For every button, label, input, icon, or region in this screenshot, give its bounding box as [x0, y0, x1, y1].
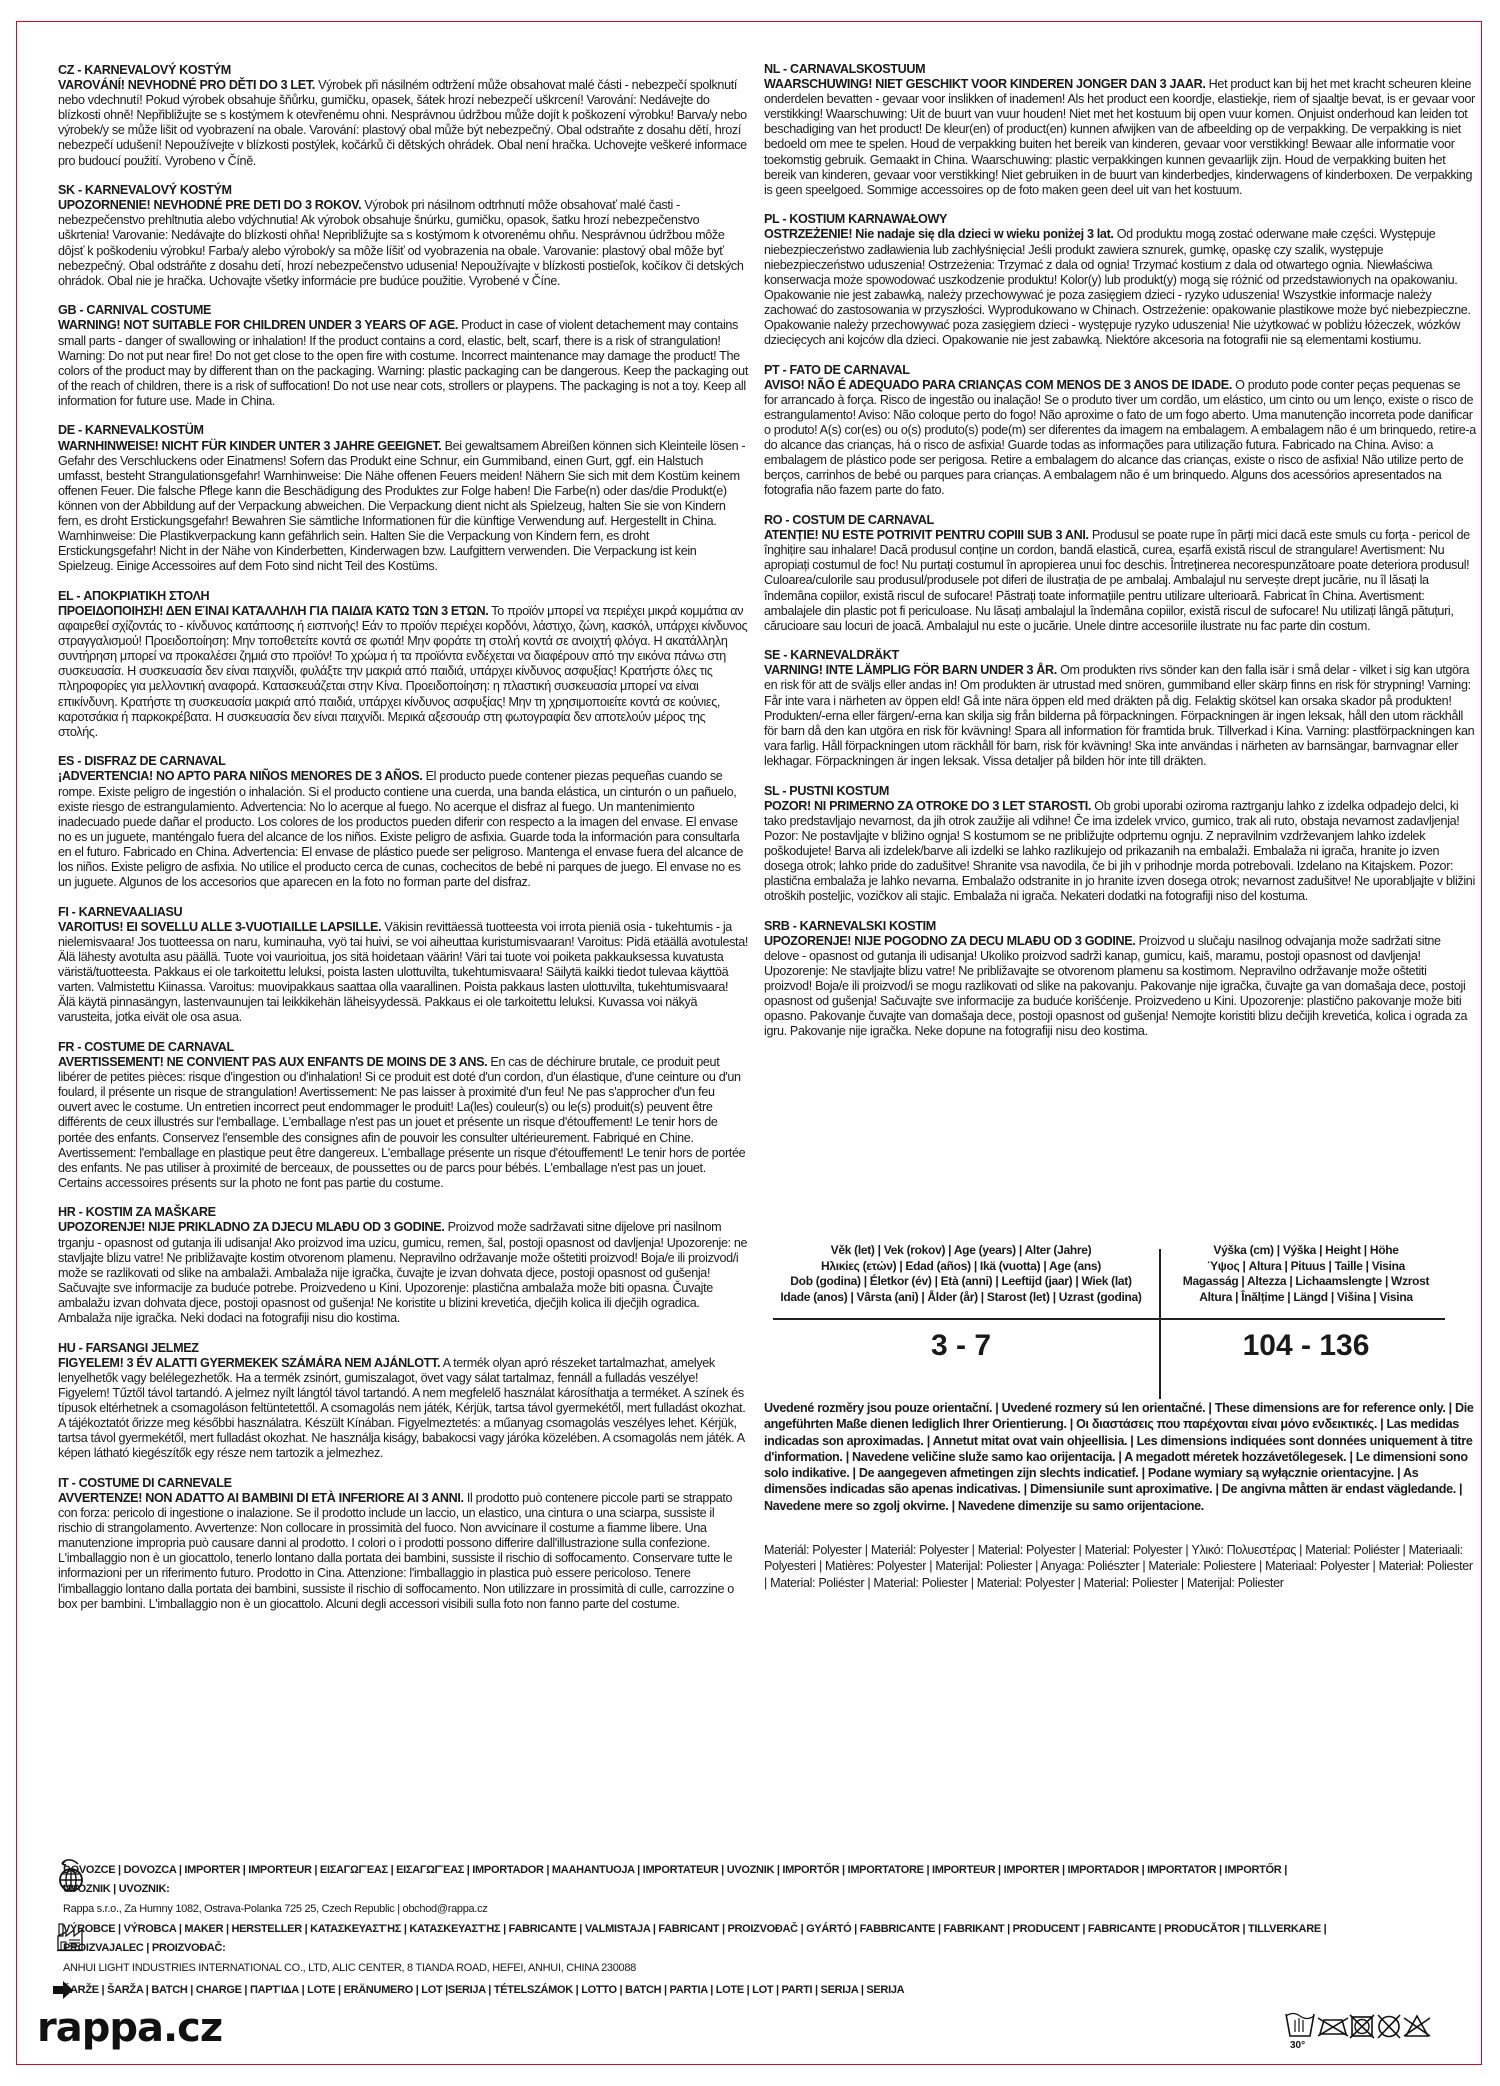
brand-logo: rappa.cz: [37, 2005, 222, 2051]
no-bleach-icon: [1404, 2016, 1430, 2036]
height-value: 104 - 136: [1161, 1329, 1451, 1363]
section-es: ES - DISFRAZ DE CARNAVAL¡ADVERTENCIA! NO…: [58, 754, 748, 890]
section-header: ES - DISFRAZ DE CARNAVAL: [58, 754, 748, 769]
section-header: EL - ΑΠΟΚΡΙΑΤΙΚΗ ΣΤΟΛΗ: [58, 589, 748, 604]
age-header: Věk (let) | Vek (rokov) | Age (years) | …: [766, 1243, 1156, 1305]
section-warning: POZOR! NI PRIMERNO ZA OTROKE DO 3 LET ST…: [764, 799, 1091, 813]
section-header: DE - KARNEVALKOSTÜM: [58, 423, 748, 438]
section-sl: SL - PUSTNI KOSTUMPOZOR! NI PRIMERNO ZA …: [764, 784, 1476, 905]
section-body: Produsul se poate rupe în părți mici dac…: [764, 528, 1470, 633]
section-header: CZ - KARNEVALOVÝ KOSTÝM: [58, 63, 748, 78]
section-warning: UPOZORNENIE! NEVHODNÉ PRE DETI DO 3 ROKO…: [58, 198, 361, 212]
care-symbols: 30°: [1284, 2008, 1442, 2052]
maker-address: ANHUI LIGHT INDUSTRIES INTERNATIONAL CO.…: [63, 1961, 636, 1976]
section-warning: UPOZORENJE! NIJE PRIKLADNO ZA DJECU MLAĐ…: [58, 1220, 444, 1234]
dimensions-disclaimer: Uvedené rozměry jsou pouze orientační. |…: [764, 1400, 1476, 1514]
section-body: En cas de déchirure brutale, ce produit …: [58, 1055, 745, 1190]
section-warning: WAARSCHUWING! NIET GESCHIKT VOOR KINDERE…: [764, 77, 1206, 91]
section-body: A termék olyan apró részeket tartalmazha…: [58, 1356, 745, 1461]
materials-list: Materiál: Polyester | Materiál: Polyeste…: [764, 1542, 1476, 1591]
section-warning: ATENȚIE! NU ESTE POTRIVIT PENTRU COPIII …: [764, 528, 1089, 542]
section-header: SE - KARNEVALDRÄKT: [764, 648, 1476, 663]
age-header-line: Věk (let) | Vek (rokov) | Age (years) | …: [766, 1243, 1156, 1259]
no-tumble-dry-icon: [1350, 2015, 1374, 2038]
height-header-line: Výška (cm) | Výška | Height | Höhe: [1161, 1243, 1451, 1259]
batch-label: ŠARŽE | ŠARŽA | BATCH | CHARGE | ΠΑΡΤΊΔΑ…: [63, 1983, 904, 1998]
section-warning: OSTRZEŻENIE! Nie nadaje się dla dzieci w…: [764, 227, 1114, 241]
section-body: Bei gewaltsamem Abreißen können sich Kle…: [58, 439, 745, 574]
section-ro: RO - COSTUM DE CARNAVALATENȚIE! NU ESTE …: [764, 513, 1476, 634]
no-dry-clean-icon: [1378, 2015, 1400, 2038]
section-fr: FR - COSTUME DE CARNAVALAVERTISSEMENT! N…: [58, 1040, 748, 1191]
table-horizontal-divider: [773, 1318, 1445, 1320]
section-fi: FI - KARNEVAALIASUVAROITUS! EI SOVELLU A…: [58, 905, 748, 1026]
section-header: FR - COSTUME DE CARNAVAL: [58, 1040, 748, 1055]
svg-text:30°: 30°: [1290, 2040, 1305, 2051]
section-header: GB - CARNIVAL COSTUME: [58, 303, 748, 318]
section-warning: FIGYELEM! 3 ÉV ALATTI GYERMEKEK SZÁMÁRA …: [58, 1356, 440, 1370]
section-header: SRB - KARNEVALSKI KOSTIM: [764, 919, 1476, 934]
section-body: Proizvod može sadržavati sitne dijelove …: [58, 1220, 747, 1325]
age-header-line: Ηλικίες (ετών) | Edad (años) | Ikä (vuot…: [766, 1259, 1156, 1275]
section-warning: VAROVÁNÍ! NEVHODNÉ PRO DĚTI DO 3 LET.: [58, 78, 315, 92]
maker-label-cont: PROIZVAJALEC | PROIZVOĐAČ:: [63, 1941, 226, 1956]
section-warning: UPOZORENJE! NIJE POGODNO ZA DECU MLAĐU O…: [764, 934, 1135, 948]
left-column: CZ - KARNEVALOVÝ KOSTÝMVAROVÁNÍ! NEVHODN…: [58, 63, 748, 1626]
section-warning: VARNING! INTE LÄMPLIG FÖR BARN UNDER 3 Å…: [764, 663, 1057, 677]
section-body: Proizvod u slučaju nasilnog odvajanja mo…: [764, 934, 1467, 1039]
section-header: SK - KARNEVALOVÝ KOSTÝM: [58, 183, 748, 198]
section-body: Ob grobi uporabi oziroma raztrganju lahk…: [764, 799, 1475, 904]
section-warning: ΠΡΟΕΙΔΟΠΟΙΗΣΗ! ΔΕΝ ΕΊΝΑΙ ΚΑΤΆΛΛΗΛΗ ΓΙΑ Π…: [58, 604, 488, 618]
section-warning: AVISO! NÃO É ADEQUADO PARA CRIANÇAS COM …: [764, 378, 1232, 392]
section-gb: GB - CARNIVAL COSTUMEWARNING! NOT SUITAB…: [58, 303, 748, 409]
height-header-line: Ύψος | Altura | Pituus | Taille | Visina: [1161, 1259, 1451, 1275]
section-warning: WARNHINWEISE! NICHT FÜR KINDER UNTER 3 J…: [58, 439, 441, 453]
section-header: HR - KOSTIM ZA MAŠKARE: [58, 1205, 748, 1220]
age-header-line: Dob (godina) | Életkor (év) | Età (anni)…: [766, 1274, 1156, 1290]
section-hu: HU - FARSANGI JELMEZFIGYELEM! 3 ÉV ALATT…: [58, 1341, 748, 1462]
section-body: Od produktu mogą zostać oderwane małe cz…: [764, 227, 1471, 347]
section-body: Το προϊόν μπορεί να περιέχει μικρά κομμά…: [58, 604, 747, 739]
section-nl: NL - CARNAVALSKOSTUUMWAARSCHUWING! NIET …: [764, 62, 1476, 198]
section-sk: SK - KARNEVALOVÝ KOSTÝMUPOZORNENIE! NEVH…: [58, 183, 748, 289]
section-pl: PL - KOSTIUM KARNAWAŁOWYOSTRZEŻENIE! Nie…: [764, 212, 1476, 348]
section-header: PT - FATO DE CARNAVAL: [764, 363, 1476, 378]
wash-30-icon: 30°: [1286, 2014, 1314, 2052]
section-header: RO - COSTUM DE CARNAVAL: [764, 513, 1476, 528]
section-warning: ¡ADVERTENCIA! NO APTO PARA NIÑOS MENORES…: [58, 769, 422, 783]
section-body: Het product kan bij het met kracht scheu…: [764, 77, 1475, 197]
section-header: SL - PUSTNI KOSTUM: [764, 784, 1476, 799]
section-body: Il prodotto può contenere piccole parti …: [58, 1491, 734, 1611]
section-body: O produto pode conter peças pequenas se …: [764, 378, 1476, 498]
section-header: NL - CARNAVALSKOSTUUM: [764, 62, 1476, 77]
section-srb: SRB - KARNEVALSKI KOSTIMUPOZORENJE! NIJE…: [764, 919, 1476, 1040]
importer-address: Rappa s.r.o., Za Humny 1082, Ostrava-Pol…: [63, 1902, 488, 1917]
age-header-line: Idade (anos) | Vârsta (ani) | Ålder (år)…: [766, 1290, 1156, 1306]
section-de: DE - KARNEVALKOSTÜMWARNHINWEISE! NICHT F…: [58, 423, 748, 574]
importer-label-cont: UVOZNIK | UVOZNIK:: [63, 1882, 169, 1897]
section-pt: PT - FATO DE CARNAVALAVISO! NÃO É ADEQUA…: [764, 363, 1476, 499]
age-value: 3 - 7: [766, 1329, 1156, 1363]
section-el: EL - ΑΠΟΚΡΙΑΤΙΚΗ ΣΤΟΛΗΠΡΟΕΙΔΟΠΟΙΗΣΗ! ΔΕΝ…: [58, 589, 748, 740]
importer-label: DOVOZCE | DOVOZCA | IMPORTER | IMPORTEUR…: [63, 1863, 1287, 1878]
size-table: Věk (let) | Vek (rokov) | Age (years) | …: [766, 1243, 1476, 1410]
section-warning: VAROITUS! EI SOVELLU ALLE 3-VUOTIAILLE L…: [58, 920, 381, 934]
section-warning: AVVERTENZE! NON ADATTO AI BAMBINI DI ETÀ…: [58, 1491, 464, 1505]
height-header: Výška (cm) | Výška | Height | Höhe Ύψος …: [1161, 1243, 1451, 1305]
section-hr: HR - KOSTIM ZA MAŠKAREUPOZORENJE! NIJE P…: [58, 1205, 748, 1326]
right-column: NL - CARNAVALSKOSTUUMWAARSCHUWING! NIET …: [764, 62, 1476, 1054]
section-it: IT - COSTUME DI CARNEVALEAVVERTENZE! NON…: [58, 1476, 748, 1612]
section-body: Väkisin revittäessä tuotteesta voi irrot…: [58, 920, 748, 1025]
section-warning: WARNING! NOT SUITABLE FOR CHILDREN UNDER…: [58, 318, 458, 332]
section-body: El producto puede contener piezas pequeñ…: [58, 769, 743, 889]
section-header: PL - KOSTIUM KARNAWAŁOWY: [764, 212, 1476, 227]
section-header: IT - COSTUME DI CARNEVALE: [58, 1476, 748, 1491]
section-warning: AVERTISSEMENT! NE CONVIENT PAS AUX ENFAN…: [58, 1055, 487, 1069]
maker-label: VÝROBCE | VÝROBCA | MAKER | HERSTELLER |…: [63, 1922, 1326, 1937]
section-cz: CZ - KARNEVALOVÝ KOSTÝMVAROVÁNÍ! NEVHODN…: [58, 63, 748, 169]
section-header: HU - FARSANGI JELMEZ: [58, 1341, 748, 1356]
section-se: SE - KARNEVALDRÄKTVARNING! INTE LÄMPLIG …: [764, 648, 1476, 769]
height-header-line: Altura | Înălțime | Längd | Višina | Vis…: [1161, 1290, 1451, 1306]
height-header-line: Magasság | Altezza | Lichaamslengte | Wz…: [1161, 1274, 1451, 1290]
section-header: FI - KARNEVAALIASU: [58, 905, 748, 920]
table-vertical-divider: [1159, 1249, 1161, 1399]
no-iron-icon: [1318, 2018, 1348, 2036]
section-body: Om produkten rivs sönder kan den falla i…: [764, 663, 1474, 768]
